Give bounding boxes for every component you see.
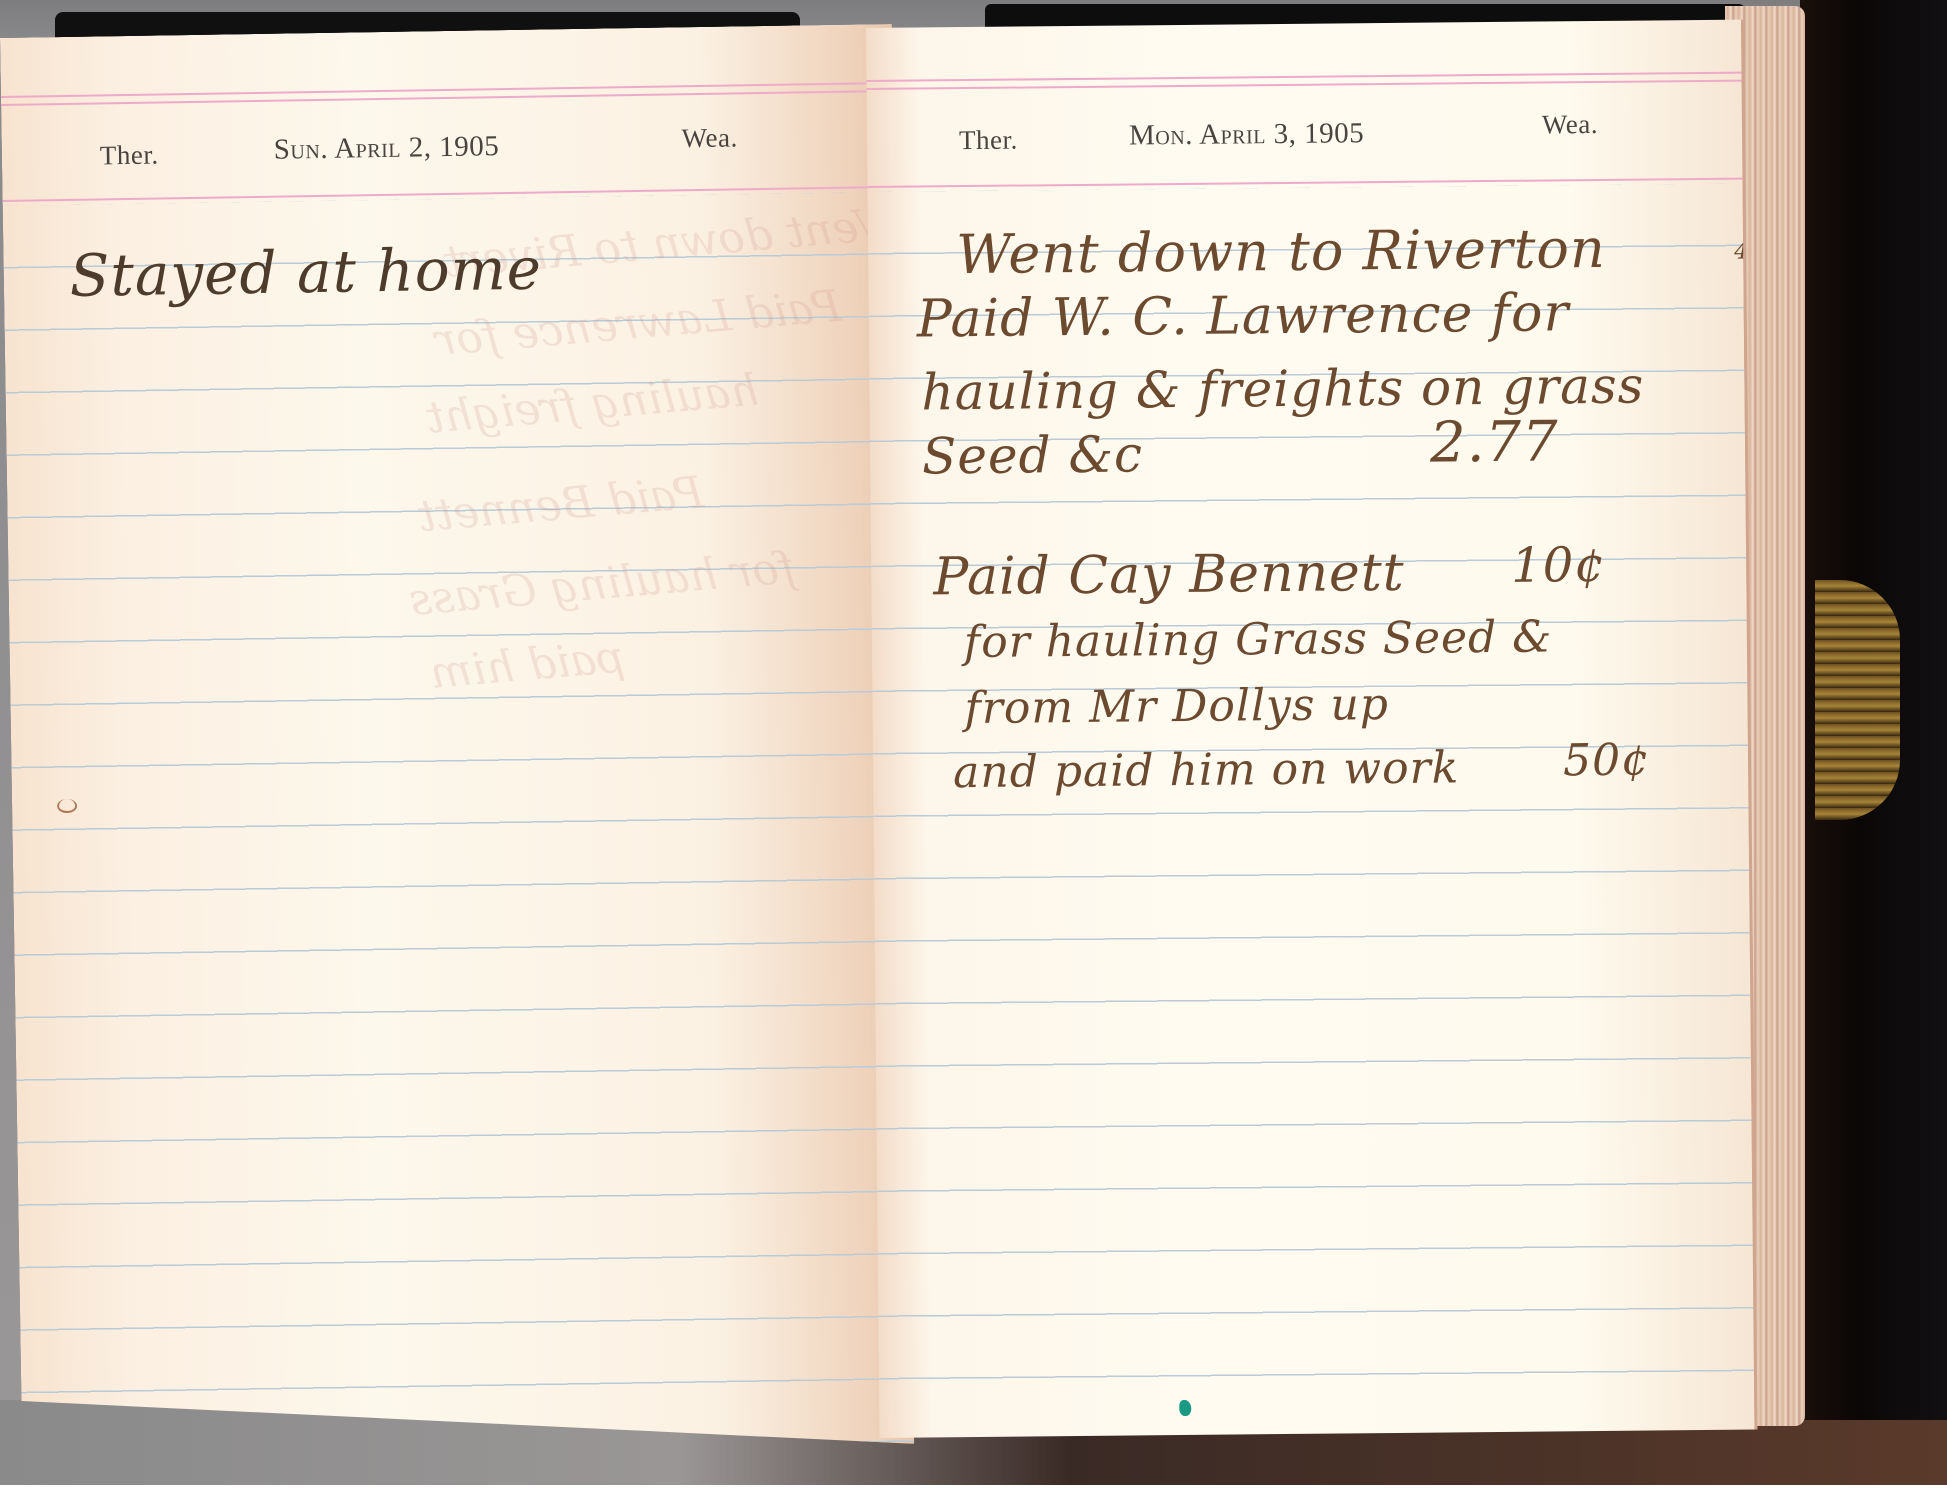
photo-background: Ther. Sun. April 2, 1905 Wea. Went down … [0,0,1947,1485]
left-entry-line: Stayed at home [69,235,542,310]
amount-work: 50¢ [1563,735,1650,787]
amount-bennett: 10¢ [1511,537,1606,594]
right-page: Ther. Mon. April 3, 1905 Wea. Went down … [866,20,1757,1438]
amount-lawrence: 2.77 [1430,409,1559,475]
left-wea-label: Wea. [681,122,738,154]
book-clasp [1815,580,1900,820]
right-date-header: Mon. April 3, 1905 [1129,117,1364,152]
right-entry-line: for hauling Grass Seed & [964,611,1553,668]
right-entry-line: Paid Cay Bennett [933,543,1405,608]
left-ther-label: Ther. [100,140,159,172]
pink-rule-top-2 [1,90,893,106]
left-page: Ther. Sun. April 2, 1905 Wea. Went down … [0,24,914,1458]
right-entry-line: Seed &c [922,425,1143,485]
pink-rule-top-2 [867,80,1742,90]
right-entry-line: Went down to Riverton [956,217,1606,286]
right-entry-line: Paid W. C. Lawrence for [917,283,1570,349]
pink-rule-top [1,82,893,98]
right-ther-label: Ther. [959,125,1018,157]
left-date-header: Sun. April 2, 1905 [274,130,500,167]
green-ink-spot [1179,1400,1191,1416]
ruled-lines [3,192,915,1456]
right-wea-label: Wea. [1542,109,1598,141]
right-entry-line: and paid him on work [953,742,1460,798]
right-entry-line: from Mr Dollys up [964,679,1389,734]
